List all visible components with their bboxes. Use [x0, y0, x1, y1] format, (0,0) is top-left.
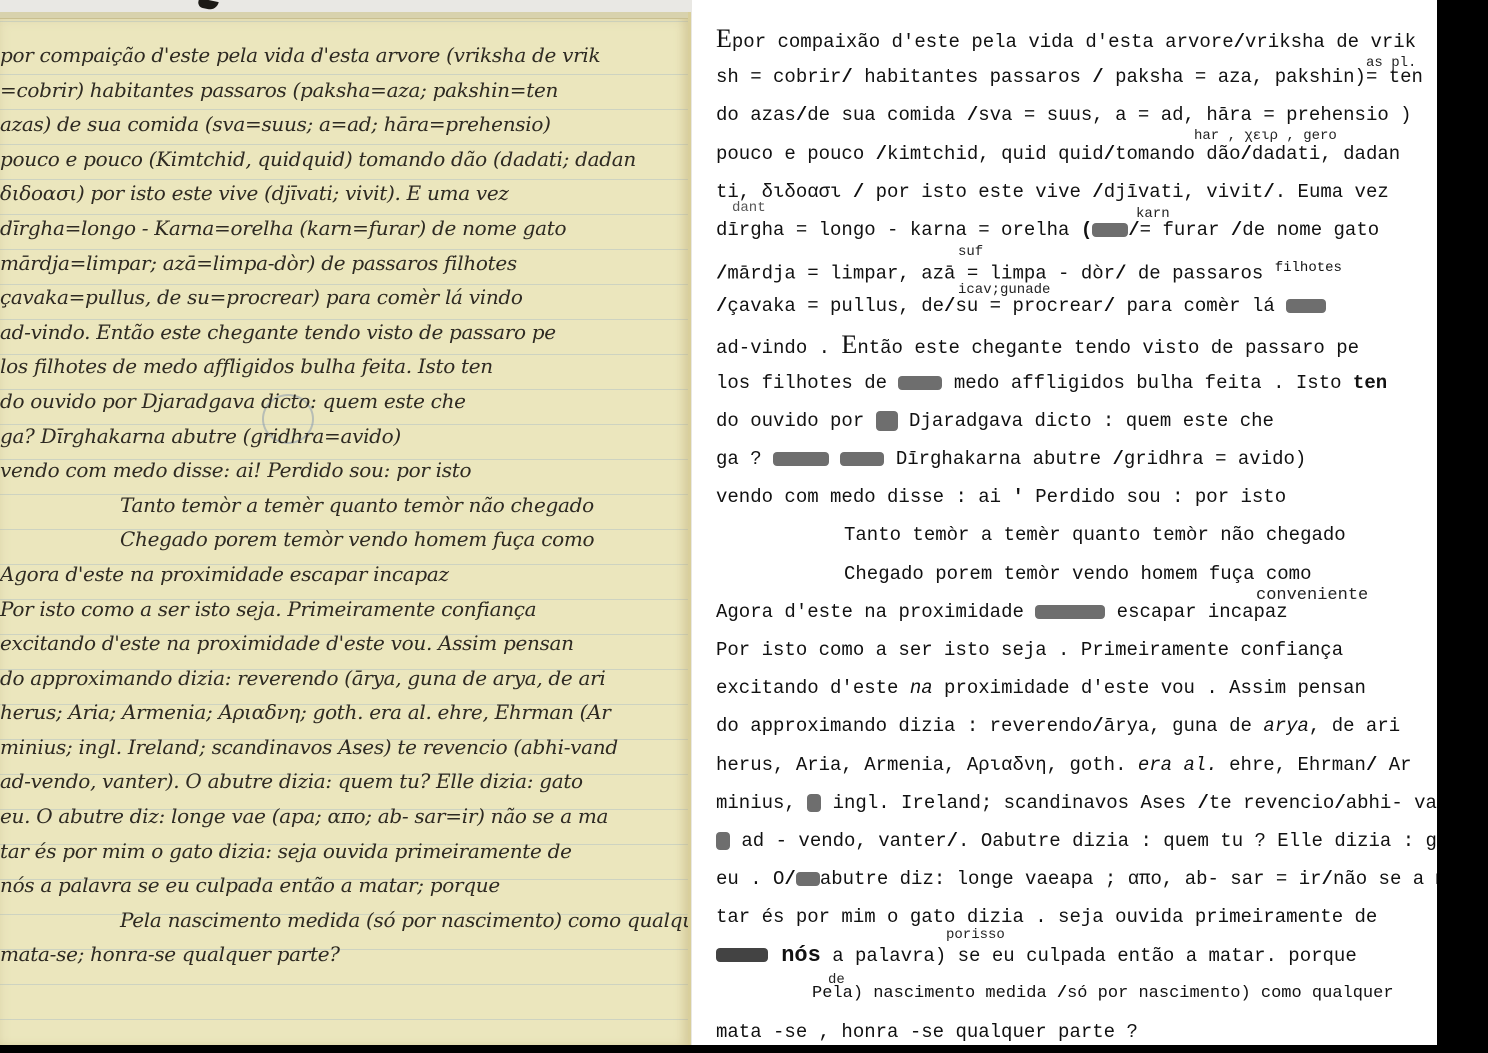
- text-segment: Ar: [1377, 754, 1411, 776]
- hand-line: ga? Dīrghakarna abutre (gridhra=avido): [0, 419, 688, 454]
- text-segment: abutre diz: longe vae: [820, 868, 1059, 890]
- text-segment: tomando dão: [1115, 143, 1240, 165]
- text-segment: tar és por mim o gato dizia . seja ouvid…: [716, 906, 1377, 928]
- text-segment: ad-vindo .: [716, 337, 841, 359]
- transcription-line: /mārdja = limpar, azā = limpa - dòr/ de …: [716, 249, 1426, 287]
- text-segment: não se a ma: [1333, 868, 1437, 890]
- struck-out-word: [773, 452, 829, 466]
- text-segment: te revencio: [1209, 792, 1334, 814]
- text-segment: eu . O: [716, 868, 784, 890]
- hand-line: pouco e pouco (Kimtchid, quidquid) toman…: [0, 142, 688, 177]
- text-segment: abutre dizia : quem tu ? Elle dizia : ga…: [992, 830, 1437, 852]
- text-segment: ingl. Ireland; scandinavos Ases: [821, 792, 1197, 814]
- hand-line: Chegado porem temòr vendo homem fuça com…: [0, 522, 688, 557]
- transcription-line: pouco e pouco /kimtchid, quid quid/toman…: [716, 135, 1426, 173]
- hand-line: Pela nascimento medida (só por nasciment…: [0, 903, 688, 938]
- text-segment: gridhra = avido: [1124, 448, 1295, 470]
- text-segment: era: [1138, 754, 1172, 776]
- transcription-line: /çavaka = pullus, de/su = procrear/ para…: [716, 287, 1426, 325]
- hand-line: minius; ingl. Ireland; scandinavos Ases)…: [0, 730, 688, 765]
- interlinear-note: conveniente: [1256, 589, 1368, 603]
- text-segment: Djaradgava: [898, 410, 1035, 432]
- hand-line: nós a palavra se eu culpada então a mata…: [0, 868, 688, 903]
- text-segment: dīrgha = longo - karna = orelha: [716, 219, 1081, 241]
- text-segment: do azas: [716, 104, 796, 126]
- text-segment: do ouvido por: [716, 410, 876, 432]
- text-segment: pakshin: [1263, 66, 1354, 88]
- transcription-line: sh = cobrir/ habitantes passaros / paksh…: [716, 58, 1426, 96]
- text-segment: kimtchid, quid quid: [887, 143, 1104, 165]
- text-segment: habitantes passaros: [864, 66, 1092, 88]
- text-segment: sh = cobrir: [716, 66, 841, 88]
- text-segment: Por isto como a ser isto seja . Primeira…: [716, 639, 1343, 661]
- text-segment: esta arvore: [1108, 31, 1233, 53]
- hand-line: Por isto como a ser isto seja. Primeiram…: [0, 592, 688, 627]
- hand-line: ad-vindo. Então este chegante tendo vist…: [0, 315, 688, 350]
- transcription-line: herus, Aria, Armenia, Αριαδνη, goth. era…: [716, 746, 1426, 784]
- text-segment: medo affligidos bulha feita .: [942, 372, 1295, 394]
- text-segment: vrik: [1370, 31, 1416, 53]
- text-segment: proximidade d: [933, 677, 1093, 699]
- text-segment: arya: [1263, 715, 1309, 737]
- struck-out-word: [876, 411, 898, 431]
- transcription-line: excitando d′este na proximidade d′este v…: [716, 669, 1426, 707]
- transcription-line: do ouvido por Djaradgava dicto : quem es…: [716, 402, 1426, 440]
- text-segment: para comèr lá: [1115, 295, 1286, 317]
- transcription-line: los filhotes de medo affligidos bulha fe…: [716, 364, 1426, 402]
- initial-letter: E: [716, 24, 732, 53]
- text-segment: abhi- vand: [1346, 792, 1437, 814]
- text-segment: ten: [1342, 372, 1388, 394]
- hand-line: do approximando dizia: reverendo (ārya, …: [0, 661, 688, 696]
- struck-out-word: [807, 794, 821, 812]
- transcription-text: Epor compaixão d′este pela vida d′esta a…: [716, 20, 1426, 1045]
- text-segment: djīvati, vivit: [1104, 181, 1264, 203]
- hand-line: tar és por mim o gato dizia: seja ouvida…: [0, 834, 688, 869]
- bottom-frame: [0, 1045, 1488, 1053]
- hand-line: çavaka=pullus, de su=procrear) para comè…: [0, 280, 688, 315]
- struck-out-word: [898, 376, 942, 390]
- text-segment: pouco e pouco: [716, 143, 876, 165]
- struck-out-word: [716, 832, 730, 850]
- text-segment: vendo com medo disse : ai: [716, 486, 1012, 508]
- hand-line: Tanto temòr a temèr quanto temòr não che…: [0, 488, 688, 523]
- transcription-line: vendo com medo disse : ai ′ Perdido sou …: [716, 478, 1426, 516]
- text-segment: mata -se , honra -se qualquer parte ?: [716, 1021, 1138, 1043]
- hand-line: διδοασι) por isto este vive (djīvati; vi…: [0, 176, 688, 211]
- transcription-line: Agora d′este na proximidade escapar inca…: [716, 593, 1426, 631]
- text-segment: mārdja = limpar, azā = limpa - dòr: [727, 262, 1115, 284]
- text-segment: filhotes: [1275, 260, 1342, 276]
- text-segment: çavaka = pullus, de: [727, 295, 944, 317]
- hand-line: mata-se; honra-se qualquer parte?: [0, 937, 688, 972]
- hand-line: vendo com medo disse: ai! Perdido sou: p…: [0, 453, 688, 488]
- text-segment: ga ?: [716, 448, 773, 470]
- text-segment: Dīrghakarna abutre: [884, 448, 1112, 470]
- struck-out-word: [1092, 223, 1128, 237]
- transcription-line: minius, ingl. Ireland; scandinavos Ases …: [716, 784, 1426, 822]
- text-segment: = furar: [1140, 219, 1231, 241]
- struck-out-word: [1035, 605, 1105, 619]
- transcription-panel: Epor compaixão d′este pela vida d′esta a…: [692, 0, 1437, 1045]
- initial-letter: E: [841, 330, 857, 359]
- hand-line: dīrgha=longo - Karna=orelha (karn=furar)…: [0, 211, 688, 246]
- text-segment: este na proximidade: [807, 601, 1035, 623]
- text-segment: por isto este vive: [864, 181, 1092, 203]
- struck-out-word: [840, 452, 884, 466]
- hand-line: por compaição d'este pela vida d'esta ar…: [0, 38, 688, 73]
- text-segment: ārya, guna de: [1104, 715, 1264, 737]
- struck-out-word: [1286, 299, 1326, 313]
- text-segment: sva = suus, a = ad, hāra = prehensio: [978, 104, 1388, 126]
- text-segment: paksha = aza: [1115, 66, 1252, 88]
- text-segment: dicto: [1034, 410, 1091, 432]
- text-segment: minius,: [716, 792, 807, 814]
- struck-out-word: [716, 948, 768, 962]
- transcription-line: Epor compaixão d′este pela vida d′esta a…: [716, 20, 1426, 58]
- transcription-line: tar és por mim o gato dizia . seja ouvid…: [716, 898, 1426, 936]
- transcription-line: Por isto como a ser isto seja . Primeira…: [716, 631, 1426, 669]
- transcription-line: do approximando dizia : reverendo/ārya, …: [716, 707, 1426, 745]
- text-segment: al.: [1172, 754, 1218, 776]
- transcription-line: Pela) nascimento medida /só por nascimen…: [716, 975, 1426, 1013]
- text-segment: filhotes de: [762, 372, 899, 394]
- text-segment: por compaixão d: [732, 31, 903, 53]
- text-segment: na: [910, 677, 933, 699]
- text-segment: . O: [958, 830, 992, 852]
- transcription-line: ga ? Dīrghakarna abutre /gridhra = avido…: [716, 440, 1426, 478]
- hand-line: mārdja=limpar; azā=limpa-dòr) de passaro…: [0, 246, 688, 281]
- interlinear-note: suf: [958, 245, 983, 259]
- text-segment: su = procrear: [955, 295, 1103, 317]
- text-segment: : quem este che: [1091, 410, 1273, 432]
- handwritten-text: por compaição d'este pela vida d'esta ar…: [0, 38, 688, 972]
- hand-line: =cobrir) habitantes passaros (paksha=aza…: [0, 73, 688, 108]
- text-segment: . Euma vez: [1275, 181, 1389, 203]
- interlinear-note: har , χειρ , gero: [1194, 129, 1337, 143]
- hand-line: Agora d'este na proximidade escapar inca…: [0, 557, 688, 592]
- hand-line: azas) de sua comida (sva=suus; a=ad; hār…: [0, 107, 688, 142]
- text-segment: vriksha de: [1245, 31, 1359, 53]
- text-segment: este vou . Assim pensan: [1104, 677, 1366, 699]
- hand-line: los filhotes de medo affligidos bulha fe…: [0, 349, 688, 384]
- text-segment: los: [716, 372, 762, 394]
- manuscript-page: por compaição d'este pela vida d'esta ar…: [0, 12, 691, 1045]
- text-segment: como qualquer: [1251, 984, 1394, 1003]
- text-segment: este pela vida d: [914, 31, 1096, 53]
- transcription-line: nós a palavra) se eu culpada então a mat…: [716, 937, 1426, 975]
- text-segment: , de ari: [1309, 715, 1400, 737]
- struck-out-word: [796, 872, 820, 886]
- hand-line: herus; Aria; Armenia; Αριαδνη; goth. era…: [0, 695, 688, 730]
- hand-line: excitando d'este na proximidade d'este v…: [0, 626, 688, 661]
- transcription-line: ad-vindo . Então este chegante tendo vis…: [716, 326, 1426, 364]
- transcription-line: ad - vendo, vanter/. Oabutre dizia : que…: [716, 822, 1426, 860]
- text-segment: nascimento medida: [863, 984, 1057, 1003]
- hand-line: ad-vendo, vanter). O abutre dizia: quem …: [0, 764, 688, 799]
- text-segment: ad - vendo, vanter: [730, 830, 947, 852]
- text-segment: de passaros: [1126, 262, 1274, 284]
- transcription-line: ti, διδοασι / por isto este vive /djīvat…: [716, 173, 1426, 211]
- transcription-line: eu . O/abutre diz: longe vaeapa ; απο, a…: [716, 860, 1426, 898]
- transcription-line: mata -se , honra -se qualquer parte ?: [716, 1013, 1426, 1045]
- text-segment: do approximando dizia : reverendo: [716, 715, 1092, 737]
- transcription-line: dīrgha = longo - karna = orelha (/= fura…: [716, 211, 1426, 249]
- page-top-edge: [0, 12, 688, 19]
- text-segment: Agora d: [716, 601, 796, 623]
- text-segment: só por nascimento: [1067, 984, 1240, 1003]
- text-segment: de nome gato: [1242, 219, 1379, 241]
- text-segment: Tanto temòr a temèr quanto temòr não che…: [844, 524, 1346, 546]
- text-segment: dadati, dadan: [1252, 143, 1400, 165]
- interlinear-note: icav;gunade: [958, 283, 1050, 297]
- manuscript-panel: por compaição d'este pela vida d'esta ar…: [0, 0, 692, 1045]
- hand-line: do ouvido por Djaradgava dicto: quem est…: [0, 384, 688, 419]
- transcription-line: Tanto temòr a temèr quanto temòr não che…: [716, 516, 1426, 554]
- ink-blot: [197, 0, 218, 11]
- interlinear-note: karn: [1136, 207, 1170, 221]
- text-segment: herus, Aria, Armenia, Αριαδνη, goth.: [716, 754, 1138, 776]
- text-segment: Isto: [1296, 372, 1342, 394]
- text-segment: de sua comida: [807, 104, 967, 126]
- text-segment: este: [853, 677, 910, 699]
- text-segment: excitando d: [716, 677, 841, 699]
- margin-note: as pl.: [1366, 56, 1416, 70]
- text-segment: ehre, Ehrman: [1218, 754, 1366, 776]
- text-segment: a palavra: [821, 945, 935, 967]
- interlinear-note: de: [828, 973, 845, 987]
- text-segment: apa ; απο, ab- sar = ir: [1059, 868, 1321, 890]
- text-segment: ntão este chegante tendo visto de passar…: [857, 337, 1359, 359]
- hand-line: eu. O abutre diz: longe vae (apa; απο; a…: [0, 799, 688, 834]
- text-segment: Chegado porem temòr vendo homem fuça com…: [844, 563, 1311, 585]
- text-segment: nós: [768, 943, 821, 968]
- text-segment: Perdido sou : por isto: [1024, 486, 1286, 508]
- text-segment: se eu culpada então a matar. porque: [946, 945, 1356, 967]
